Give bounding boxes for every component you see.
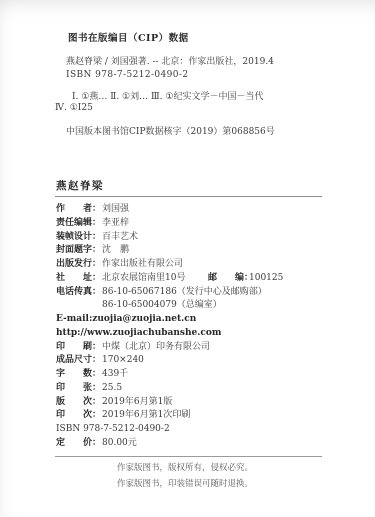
copyright-notice: 作家版图书，版权所有，侵权必究。: [117, 460, 253, 476]
colophon-row: 作 者：刘国强: [56, 203, 323, 217]
colophon-row: http://www.zuojiachubanshe.com: [56, 327, 323, 341]
colophon-label: 版 次：: [56, 396, 102, 410]
colophon-row: 字 数：439千: [56, 368, 323, 382]
colophon-row: 责任编辑：李亚梓: [56, 217, 323, 231]
title-divider-line: [55, 196, 322, 197]
colophon-value: 86-10-65004079（总编室）: [102, 300, 222, 310]
colophon-label: 邮 编：: [208, 272, 249, 286]
colophon-label: 作 者：: [56, 203, 102, 217]
colophon-value: 李亚梓: [102, 218, 129, 228]
colophon-value: 100125: [249, 273, 283, 283]
footer-divider-line: [55, 456, 322, 457]
colophon-label: 定 价：: [56, 437, 102, 451]
colophon-label: 责任编辑：: [56, 217, 102, 231]
cip-entry-line: 燕赵脊梁 / 刘国强著. -- 北京：作家出版社，2019.4: [66, 54, 274, 67]
colophon-value: 80.00元: [102, 438, 137, 448]
colophon-rows: 作 者：刘国强责任编辑：李亚梓装帧设计：百丰艺术封面题字：沈 鹏出版发行：作家出…: [56, 203, 323, 451]
colophon-label: 出版发行：: [56, 258, 102, 272]
cip-classification-line-1: Ⅰ. ①燕… Ⅱ. ①刘… Ⅲ. ①纪实文学－中国－当代: [72, 89, 263, 102]
colophon-label: 社 址：: [56, 272, 102, 286]
colophon-row: 成品尺寸：170×240: [56, 354, 323, 368]
colophon-row: 出版发行：作家出版社有限公司: [56, 258, 323, 272]
colophon-value: http://www.zuojiachubanshe.com: [56, 328, 221, 338]
cip-registry-line: 中国版本图书馆CIP数据核字（2019）第068856号: [66, 124, 275, 137]
colophon-row: 电话传真：86-10-65067186（发行中心及邮购部）: [56, 286, 323, 300]
colophon-value: 中煤（北京）印务有限公司: [102, 342, 210, 352]
colophon-label: 印 次：: [56, 409, 102, 423]
colophon-row: E-mail:zuojia@zuojia.net.cn: [56, 313, 323, 327]
colophon-row: 印 张：25.5: [56, 382, 323, 396]
colophon-row: 社 址：北京农展馆南里10号邮 编：100125: [56, 272, 323, 286]
colophon-label: 印 刷：: [56, 341, 102, 355]
colophon-value: 作家出版社有限公司: [102, 259, 183, 269]
colophon-label: 字 数：: [56, 368, 102, 382]
colophon-row: 印 刷：中煤（北京）印务有限公司: [56, 341, 323, 355]
colophon-row: ISBN 978-7-5212-0490-2: [56, 423, 323, 437]
cip-heading: 图书在版编目（CIP）数据: [68, 30, 189, 44]
exchange-notice: 作家版图书，印装错误可随时退换。: [117, 476, 253, 492]
colophon-row: 装帧设计：百丰艺术: [56, 231, 323, 245]
colophon-label: 印 张：: [56, 382, 102, 396]
colophon-value: 86-10-65067186（发行中心及邮购部）: [102, 287, 267, 297]
colophon-value: E-mail:zuojia@zuojia.net.cn: [56, 314, 196, 324]
colophon-value: 北京农展馆南里10号: [102, 273, 185, 283]
colophon-value: ISBN 978-7-5212-0490-2: [56, 424, 170, 434]
colophon-row: 印 次：2019年6月第1次印刷: [56, 409, 323, 423]
copyright-page: 图书在版编目（CIP）数据 燕赵脊梁 / 刘国强著. -- 北京：作家出版社，2…: [0, 0, 375, 517]
cip-isbn-line: ISBN 978-7-5212-0490-2: [66, 70, 188, 80]
colophon-value: 2019年6月第1次印刷: [102, 410, 190, 420]
cip-classification-line-2: Ⅳ. ①I25: [55, 103, 93, 113]
colophon-value: 439千: [102, 369, 128, 379]
colophon-value: 沈 鹏: [102, 245, 129, 255]
colophon-label: 电话传真：: [56, 286, 102, 300]
colophon-value: 170×240: [102, 355, 144, 365]
colophon-secondary-pair: 邮 编：100125: [208, 272, 283, 286]
colophon-value: 2019年6月第1版: [102, 397, 172, 407]
colophon-row: 版 次：2019年6月第1版: [56, 396, 323, 410]
colophon-value: 刘国强: [102, 204, 129, 214]
colophon-row: 定 价：80.00元: [56, 437, 323, 451]
colophon-label: 成品尺寸：: [56, 354, 102, 368]
colophon-label: 封面题字：: [56, 244, 102, 258]
book-title: 燕赵脊梁: [56, 178, 104, 193]
colophon-label: 装帧设计：: [56, 231, 102, 245]
colophon-value: 百丰艺术: [102, 232, 138, 242]
colophon-row: 封面题字：沈 鹏: [56, 244, 323, 258]
colophon-row: 86-10-65004079（总编室）: [56, 299, 323, 313]
colophon-value: 25.5: [102, 383, 122, 393]
footer-notes: 作家版图书，版权所有，侵权必究。 作家版图书，印装错误可随时退换。: [117, 460, 253, 492]
